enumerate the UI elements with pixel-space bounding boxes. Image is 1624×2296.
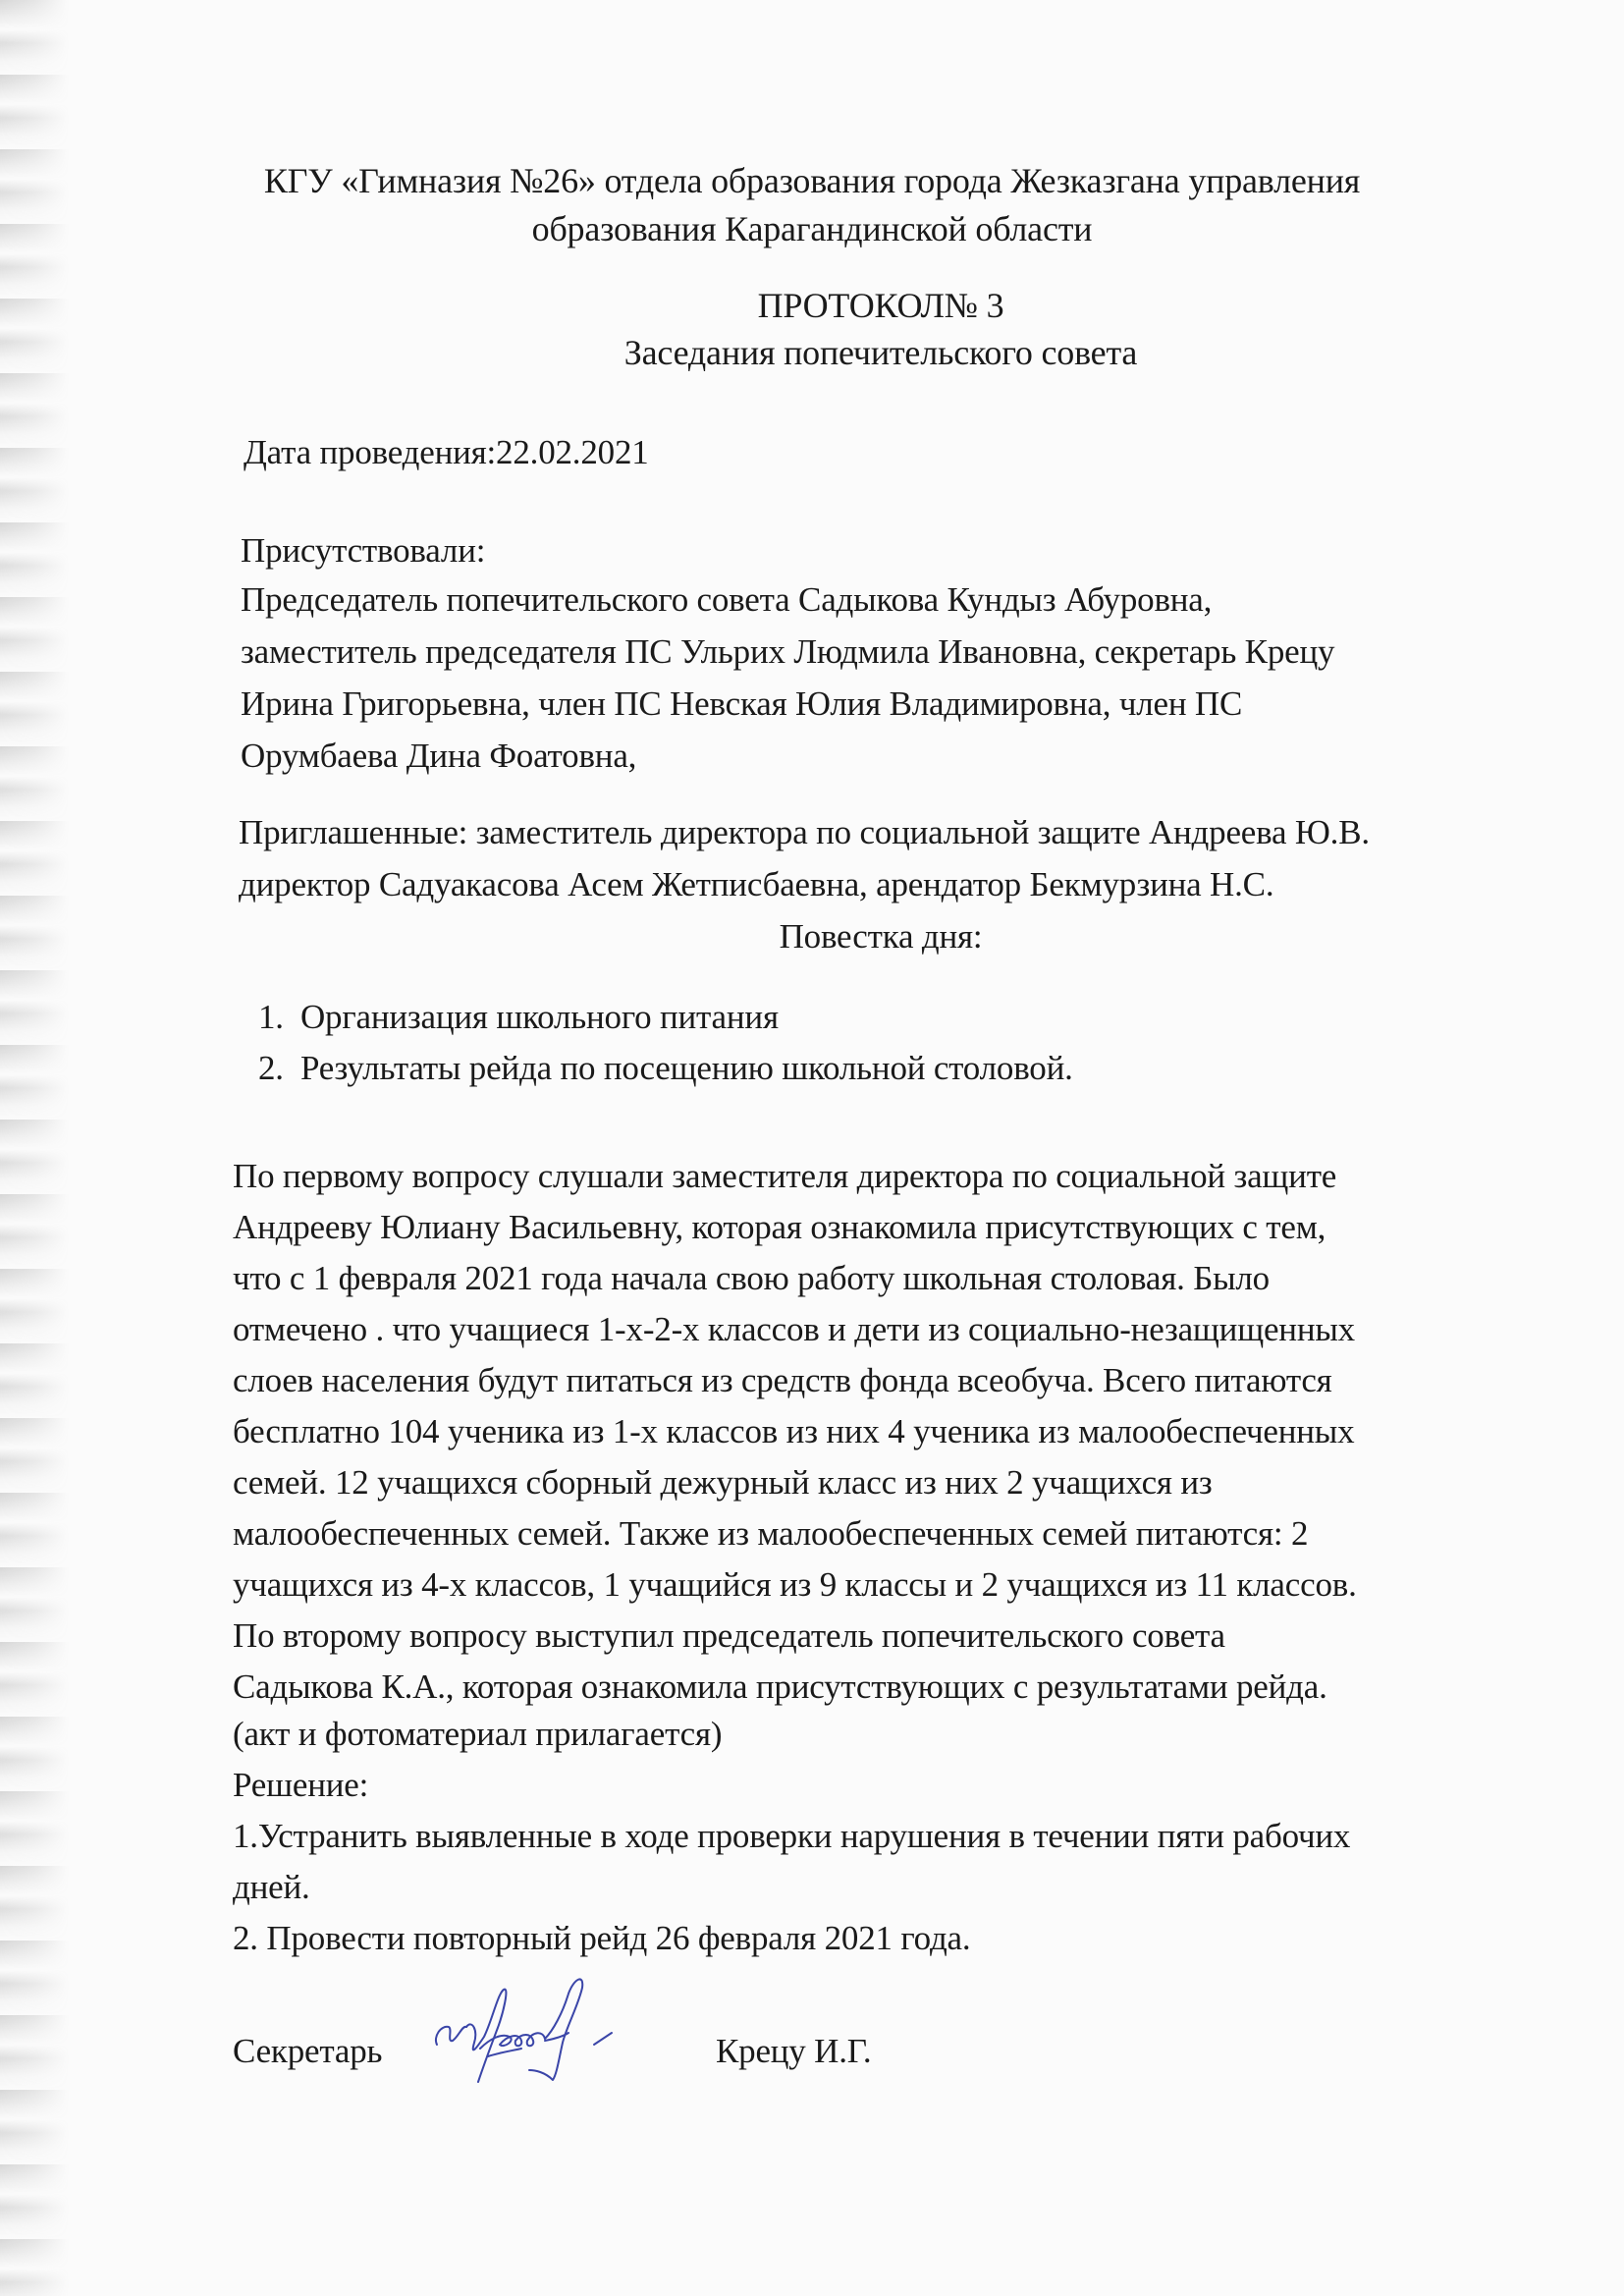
handwritten-signature-icon — [419, 1954, 655, 2092]
discussion-line: По второму вопросу выступил председатель… — [233, 1615, 1225, 1657]
agenda-item-text: Организация школьного питания — [300, 998, 779, 1036]
attendee-line: Орумбаева Дина Фоатовна, — [241, 736, 636, 777]
attendees-heading: Присутствовали: — [241, 530, 485, 572]
decision-line: 2. Провести повторный рейд 26 февраля 20… — [233, 1918, 970, 1959]
discussion-line: слоев населения будут питаться из средст… — [233, 1360, 1332, 1401]
attendee-line: Председатель попечительского совета Сады… — [241, 579, 1212, 621]
decision-heading: Решение: — [233, 1765, 368, 1806]
discussion-line: Садыкова К.А., которая ознакомила присут… — [233, 1667, 1327, 1708]
signer-role: Секретарь — [233, 2031, 382, 2072]
attendee-line: заместитель председателя ПС Ульрих Людми… — [241, 631, 1334, 673]
agenda-item-1: 1. Организация школьного питания — [258, 997, 779, 1038]
discussion-line: учащихся из 4-х классов, 1 учащийся из 9… — [233, 1564, 1357, 1606]
decision-line: 1.Устранить выявленные в ходе проверки н… — [233, 1816, 1350, 1857]
institution-line-2: образования Карагандинской области — [0, 208, 1624, 249]
protocol-subtitle: Заседания попечительского совета — [69, 332, 1624, 373]
invited-line: Приглашенные: заместитель директора по с… — [239, 812, 1370, 853]
agenda-item-number: 1. — [258, 998, 284, 1036]
agenda-item-2: 2. Результаты рейда по посещению школьно… — [258, 1048, 1073, 1089]
institution-line-1: КГУ «Гимназия №26» отдела образования го… — [0, 160, 1624, 201]
agenda-heading: Повестка дня: — [69, 916, 1624, 957]
protocol-title: ПРОТОКОЛ№ 3 — [69, 285, 1624, 326]
agenda-item-number: 2. — [258, 1049, 284, 1087]
invited-line: директор Садуакасова Асем Жетписбаевна, … — [239, 864, 1273, 905]
discussion-line: (акт и фотоматериал прилагается) — [233, 1714, 722, 1755]
discussion-line: Андрееву Юлиану Васильевну, которая озна… — [233, 1207, 1326, 1248]
protocol-document: КГУ «Гимназия №26» отдела образования го… — [0, 0, 1624, 2296]
discussion-line: отмечено . что учащиеся 1-х-2-х классов … — [233, 1309, 1355, 1350]
decision-line: дней. — [233, 1867, 310, 1908]
discussion-line: что с 1 февраля 2021 года начала свою ра… — [233, 1258, 1270, 1299]
discussion-line: бесплатно 104 ученика из 1-х классов из … — [233, 1411, 1354, 1452]
attendee-line: Ирина Григорьевна, член ПС Невская Юлия … — [241, 683, 1242, 725]
discussion-line: семей. 12 учащихся сборный дежурный клас… — [233, 1462, 1213, 1503]
signer-name: Крецу И.Г. — [716, 2031, 871, 2072]
agenda-item-text: Результаты рейда по посещению школьной с… — [300, 1049, 1073, 1087]
signature-block: Секретарь Крецу И.Г. — [233, 1998, 1018, 2126]
discussion-line: По первому вопросу слушали заместителя д… — [233, 1156, 1336, 1197]
discussion-line: малообеспеченных семей. Также из малообе… — [233, 1513, 1308, 1555]
meeting-date: Дата проведения:22.02.2021 — [244, 432, 649, 473]
